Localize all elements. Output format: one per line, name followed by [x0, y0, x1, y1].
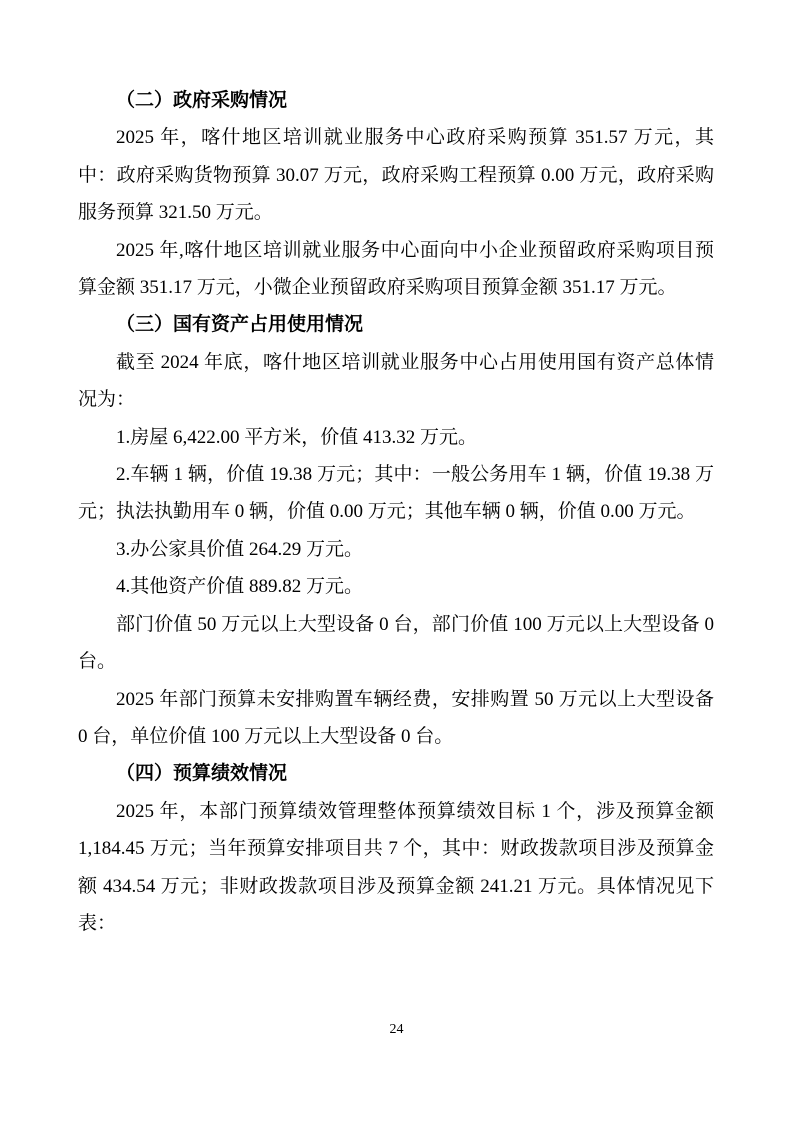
paragraph: 4.其他资产价值 889.82 万元。: [78, 568, 714, 605]
heading-government-procurement: （二）政府采购情况: [78, 82, 714, 119]
paragraph: 3.办公家具价值 264.29 万元。: [78, 531, 714, 568]
document-content: （二）政府采购情况 2025 年，喀什地区培训就业服务中心政府采购预算 351.…: [78, 82, 714, 942]
paragraph: 1.房屋 6,422.00 平方米，价值 413.32 万元。: [78, 419, 714, 456]
paragraph: 2.车辆 1 辆，价值 19.38 万元；其中：一般公务用车 1 辆，价值 19…: [78, 456, 714, 531]
paragraph: 部门价值 50 万元以上大型设备 0 台，部门价值 100 万元以上大型设备 0…: [78, 606, 714, 681]
paragraph: 2025 年，本部门预算绩效管理整体预算绩效目标 1 个，涉及预算金额 1,18…: [78, 793, 714, 943]
paragraph: 2025 年,喀什地区培训就业服务中心面向中小企业预留政府采购项目预算金额 35…: [78, 232, 714, 307]
document-page: （二）政府采购情况 2025 年，喀什地区培训就业服务中心政府采购预算 351.…: [0, 0, 793, 1122]
heading-state-assets: （三）国有资产占用使用情况: [78, 306, 714, 343]
paragraph: 2025 年部门预算未安排购置车辆经费，安排购置 50 万元以上大型设备 0 台…: [78, 681, 714, 756]
paragraph: 2025 年，喀什地区培训就业服务中心政府采购预算 351.57 万元，其中：政…: [78, 119, 714, 231]
paragraph: 截至 2024 年底，喀什地区培训就业服务中心占用使用国有资产总体情况为：: [78, 344, 714, 419]
page-number: 24: [0, 1020, 793, 1040]
heading-budget-performance: （四）预算绩效情况: [78, 755, 714, 792]
